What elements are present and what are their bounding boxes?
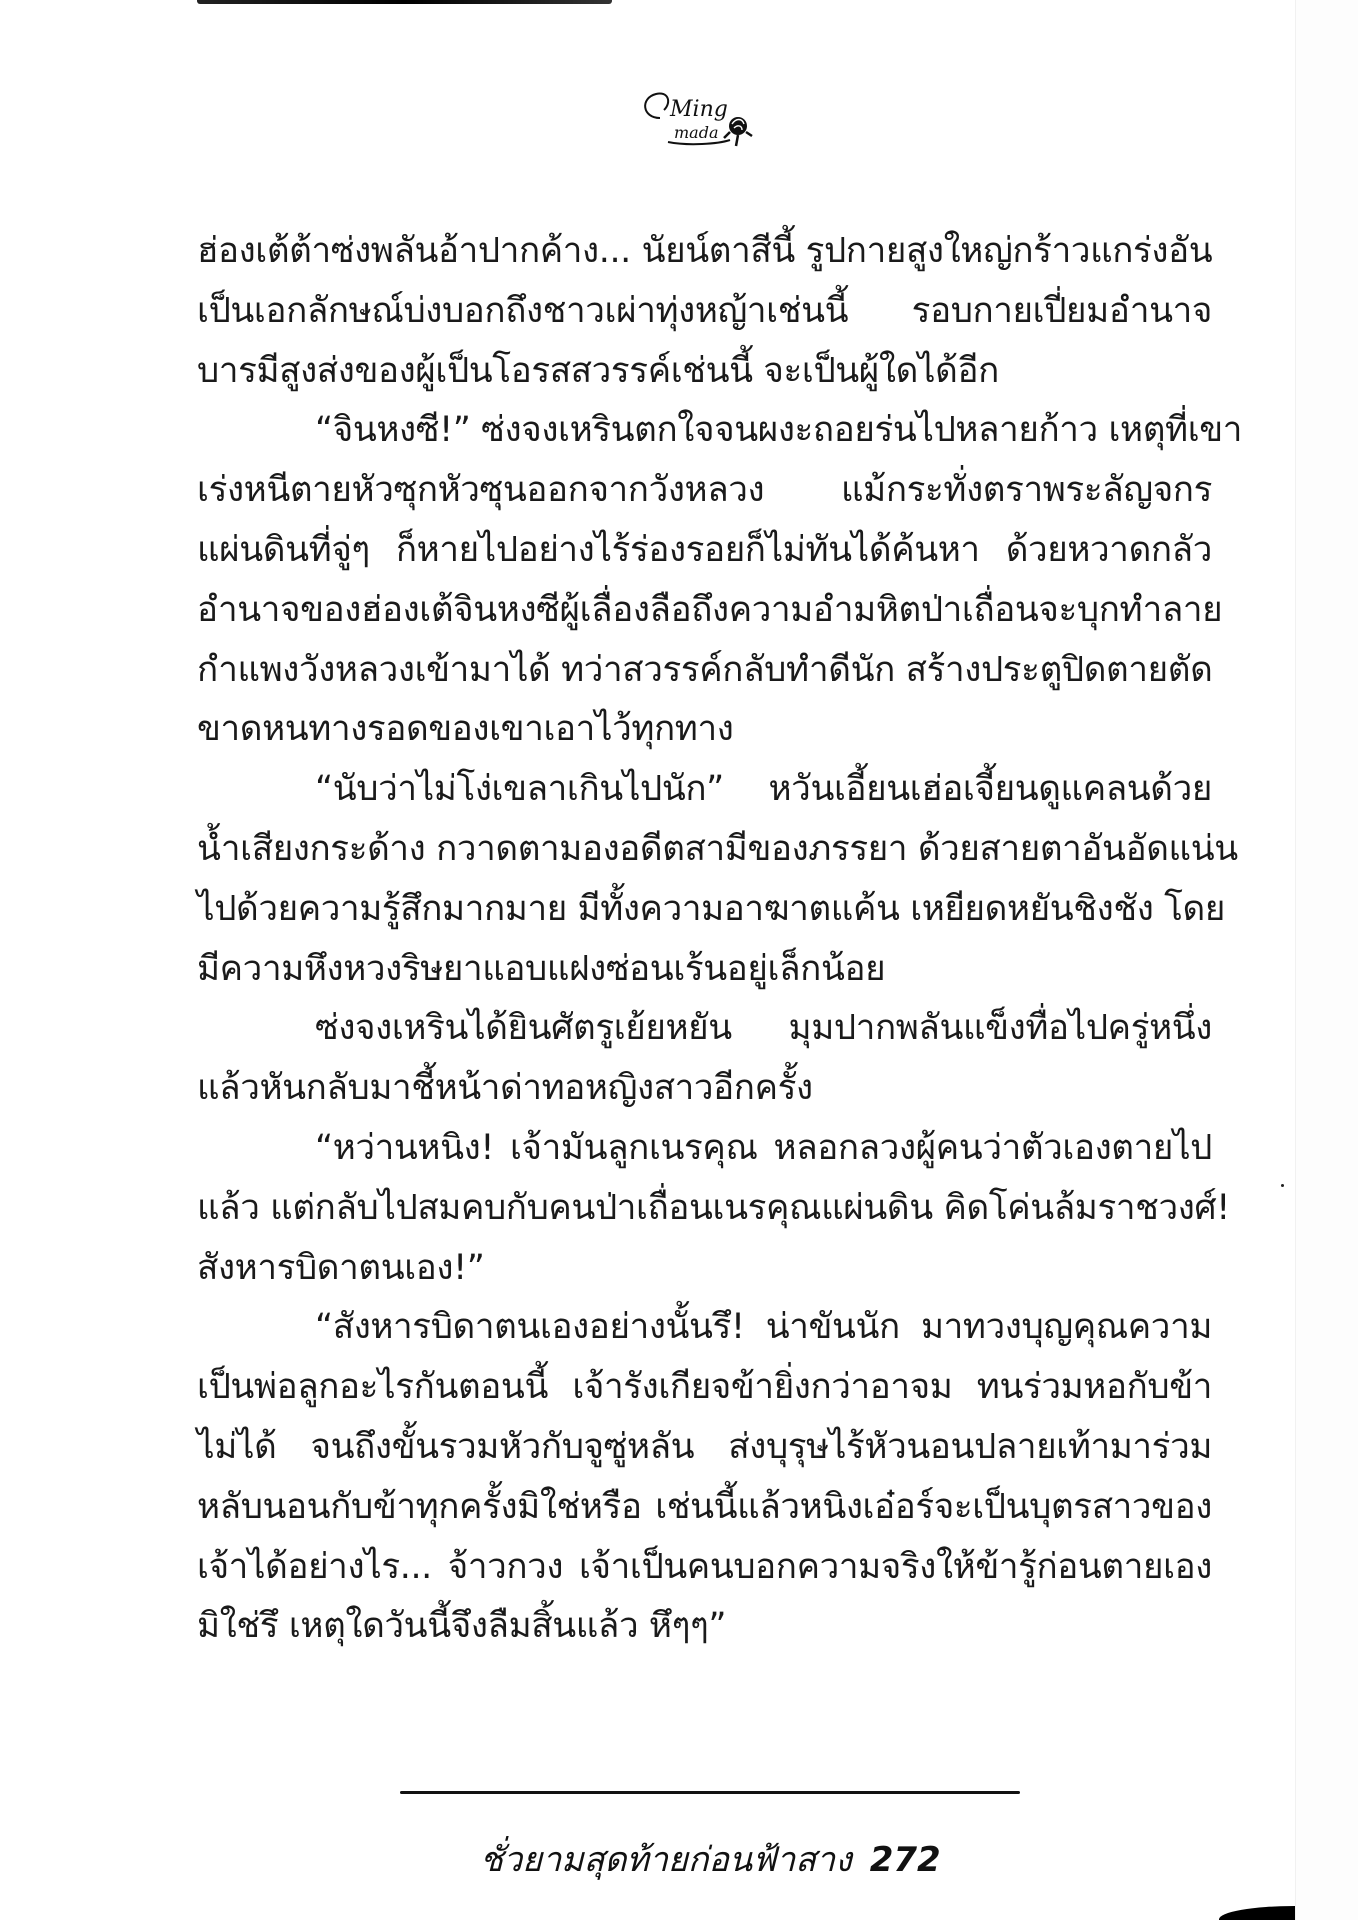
text-line: เจ้าได้อย่างไร... จ้าวกวง เจ้าเป็นคนบอกค… — [197, 1538, 1212, 1598]
text-line: แล้ว แต่กลับไปสมคบกับคนป่าเถื่อนเนรคุณแผ… — [197, 1179, 1212, 1239]
text-line: “สังหารบิดาตนเองอย่างนั้นรึ! น่าขันนัก ม… — [197, 1298, 1212, 1358]
rose-icon — [724, 117, 752, 146]
text-line: ฮ่องเต้ต้าซ่งพลันอ้าปากค้าง... นัยน์ตาสี… — [197, 222, 1212, 282]
text-line: เป็นเอกลักษณ์บ่งบอกถึงชาวเผ่าทุ่งหญ้าเช่… — [197, 282, 1212, 342]
ming-mada-logo-icon: Ming mada — [638, 88, 756, 148]
svg-text:mada: mada — [674, 123, 719, 142]
text-line: เป็นพ่อลูกอะไรกันตอนนี้ เจ้ารังเกียจข้าย… — [197, 1358, 1212, 1418]
publisher-logo: Ming mada — [638, 88, 756, 148]
text-line: ไปด้วยความรู้สึกมากมาย มีทั้งความอาฆาตแค… — [197, 880, 1212, 940]
paragraph: “จินหงซี!” ซ่งจงเหรินตกใจจนผงะถอยร่นไปหล… — [197, 401, 1212, 760]
text-line: อำนาจของฮ่องเต้จินหงซีผู้เลื่องลือถึงควา… — [197, 581, 1212, 641]
top-edge-bar — [197, 0, 612, 4]
text-line: แล้วหันกลับมาชี้หน้าด่าทอหญิงสาวอีกครั้ง — [197, 1059, 1212, 1119]
text-line: ขาดหนทางรอดของเขาเอาไว้ทุกทาง — [197, 700, 1212, 760]
text-line: แผ่นดินที่จู่ๆ ก็หายไปอย่างไร้ร่องรอยก็ไ… — [197, 521, 1212, 581]
book-title: ชั่วยามสุดท้ายก่อนฟ้าสาง — [480, 1840, 852, 1880]
chapter-body: ฮ่องเต้ต้าซ่งพลันอ้าปากค้าง... นัยน์ตาสี… — [197, 222, 1212, 1657]
text-line: “จินหงซี!” ซ่งจงเหรินตกใจจนผงะถอยร่นไปหล… — [197, 401, 1212, 461]
footer-divider — [400, 1791, 1020, 1794]
paragraph: ฮ่องเต้ต้าซ่งพลันอ้าปากค้าง... นัยน์ตาสี… — [197, 222, 1212, 401]
paragraph: ซ่งจงเหรินได้ยินศัตรูเย้ยหยัน มุมปากพลัน… — [197, 999, 1212, 1119]
text-line: “หว่านหนิง! เจ้ามันลูกเนรคุณ หลอกลวงผู้ค… — [197, 1119, 1212, 1179]
text-line: ซ่งจงเหรินได้ยินศัตรูเย้ยหยัน มุมปากพลัน… — [197, 999, 1212, 1059]
text-line: เร่งหนีตายหัวซุกหัวซุนออกจากวังหลวง แม้ก… — [197, 461, 1212, 521]
text-line: “นับว่าไม่โง่เขลาเกินไปนัก” หวันเอี้ยนเฮ… — [197, 760, 1212, 820]
text-line: ไม่ได้ จนถึงขั้นรวมหัวกับจูซู่หลัน ส่งบุ… — [197, 1418, 1212, 1478]
text-line: น้ำเสียงกระด้าง กวาดตามองอดีตสามีของภรรย… — [197, 820, 1212, 880]
scan-margin — [1295, 0, 1358, 1920]
paragraph: “นับว่าไม่โง่เขลาเกินไปนัก” หวันเอี้ยนเฮ… — [197, 760, 1212, 999]
running-footer: ชั่วยามสุดท้ายก่อนฟ้าสาง272 — [480, 1832, 941, 1886]
paragraph: “สังหารบิดาตนเองอย่างนั้นรึ! น่าขันนัก ม… — [197, 1298, 1212, 1657]
text-line: มิใช่รึ เหตุใดวันนี้จึงลืมสิ้นแล้ว หึๆๆ” — [197, 1597, 1212, 1657]
page-number: 272 — [870, 1840, 941, 1880]
text-line: กำแพงวังหลวงเข้ามาได้ ทว่าสวรรค์กลับทำดี… — [197, 641, 1212, 701]
text-line: มีความหึงหวงริษยาแอบแฝงซ่อนเร้นอยู่เล็กน… — [197, 940, 1212, 1000]
book-page: Ming mada ฮ่องเต้ต้าซ่งพลันอ้าปากค้าง...… — [0, 0, 1295, 1920]
text-line: บารมีสูงส่งของผู้เป็นโอรสสวรรค์เช่นนี้ จ… — [197, 342, 1212, 402]
scan-speck — [1281, 1184, 1284, 1187]
paragraph: “หว่านหนิง! เจ้ามันลูกเนรคุณ หลอกลวงผู้ค… — [197, 1119, 1212, 1298]
text-line: หลับนอนกับข้าทุกครั้งมิใช่หรือ เช่นนี้แล… — [197, 1478, 1212, 1538]
scan-corner-shadow — [1219, 1906, 1295, 1920]
text-line: สังหารบิดาตนเอง!” — [197, 1239, 1212, 1299]
svg-text:Ming: Ming — [669, 97, 728, 122]
